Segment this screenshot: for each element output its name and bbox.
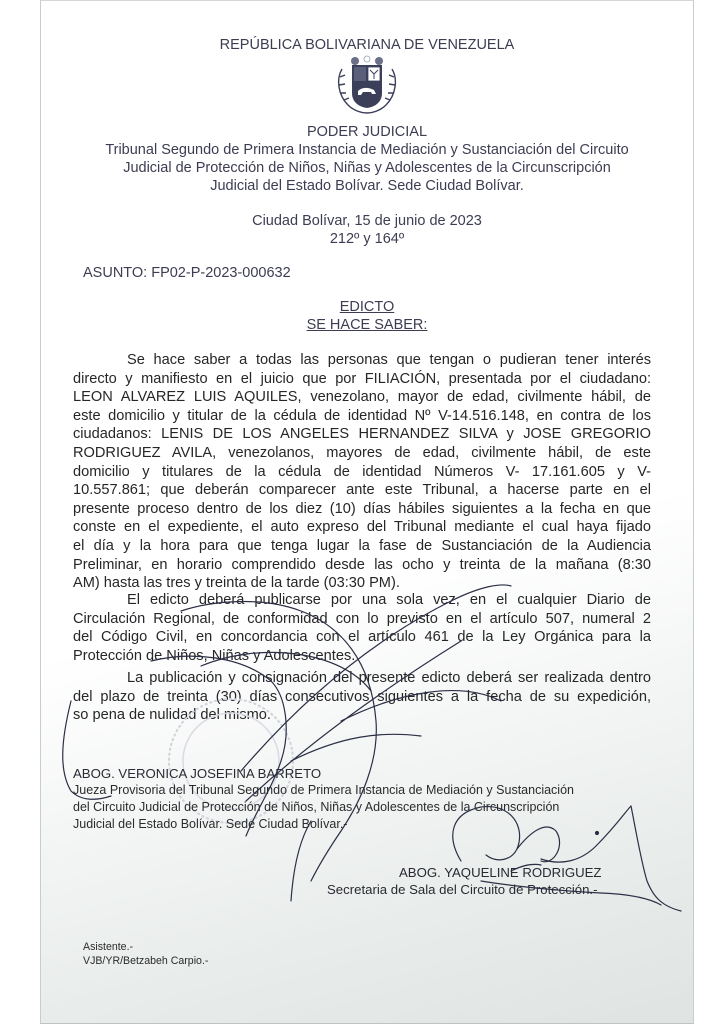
paragraph-line: Se hace saber a todas las personas que t… [73, 351, 651, 370]
judge-name: ABOG. VERONICA JOSEFINA BARRETO [73, 766, 321, 781]
footer-initials: VJB/YR/Betzabeh Carpio.- [83, 955, 208, 967]
paragraph-line: Circulación Regional, de conformidad con… [73, 610, 651, 629]
secretary-title: Secretaria de Sala del Circuito de Prote… [327, 882, 597, 897]
paragraph-line: conste en el expediente, el auto expreso… [73, 518, 651, 537]
paragraph-line: presente proceso dentro de los diez (10)… [73, 500, 651, 519]
judge-title-line-3: Judicial del Estado Bolívar. Sede Ciudad… [73, 817, 347, 831]
edict-paragraph-2: El edicto deberá publicarse por una sola… [73, 591, 651, 665]
judicial-branch-heading: PODER JUDICIAL [41, 124, 693, 140]
paragraph-line: el día y la hora para que tenga lugar la… [73, 537, 651, 556]
paragraph-line: 10.557.861; que deberán comparecer ante … [73, 481, 651, 500]
paragraph-line: La publicación y consignación del presen… [73, 669, 651, 688]
paragraph-line: RODRIGUEZ AVILA, venezolanos, mayores de… [73, 444, 651, 463]
paragraph-line: El edicto deberá publicarse por una sola… [73, 591, 651, 610]
document-page: REPÚBLICA BOLIVARIANA DE VENEZUELA PODER… [40, 0, 694, 1024]
years-line: 212º y 164º [41, 231, 693, 247]
judge-title-line-1: Jueza Provisoria del Tribunal Segundo de… [73, 783, 574, 797]
secretary-signature-icon [453, 807, 520, 861]
paragraph-line: directo y manifiesto en el juicio que po… [73, 370, 651, 389]
paragraph-line: del Código Civil, en concordancia con el… [73, 628, 651, 647]
paragraph-line: so pena de nulidad del mismo. [73, 706, 651, 725]
edict-title: EDICTO [340, 299, 395, 315]
footer-role: Asistente.- [83, 941, 133, 953]
paragraph-line: domicilio y titulares de la cédula de id… [73, 463, 651, 482]
secretary-name: ABOG. YAQUELINE RODRIGUEZ [399, 865, 602, 880]
case-subject: ASUNTO: FP02-P-2023-000632 [83, 265, 291, 281]
court-name-line-2: Judicial de Protección de Niños, Niñas y… [41, 160, 693, 176]
paragraph-line: AM) hasta las tres y treinta de la tarde… [73, 574, 651, 593]
court-name-line-3: Judicial del Estado Bolívar. Sede Ciudad… [41, 178, 693, 194]
paragraph-line: del plazo de treinta (30) días consecuti… [73, 688, 651, 707]
court-name-line-1: Tribunal Segundo de Primera Instancia de… [41, 142, 693, 158]
paragraph-line: Preliminar, en horario comprendido desde… [73, 556, 651, 575]
place-date: Ciudad Bolívar, 15 de junio de 2023 [41, 213, 693, 229]
paragraph-line: este domicilio y titular de la cédula de… [73, 407, 651, 426]
country-heading: REPÚBLICA BOLIVARIANA DE VENEZUELA [41, 37, 693, 53]
paragraph-line: LEON ALVAREZ LUIS AQUILES, venezolano, m… [73, 388, 651, 407]
paragraph-line: Protección de Niños, Niñas y Adolescente… [73, 647, 651, 666]
paragraph-line: ciudadanos: LENIS DE LOS ANGELES HERNAND… [73, 425, 651, 444]
edict-paragraph-1: Se hace saber a todas las personas que t… [73, 351, 651, 593]
notice-title: SE HACE SABER: [307, 317, 428, 333]
venezuela-coat-of-arms-icon [332, 55, 402, 117]
edict-paragraph-3: La publicación y consignación del presen… [73, 669, 651, 725]
judge-title-line-2: del Circuito Judicial de Protección de N… [73, 800, 559, 814]
